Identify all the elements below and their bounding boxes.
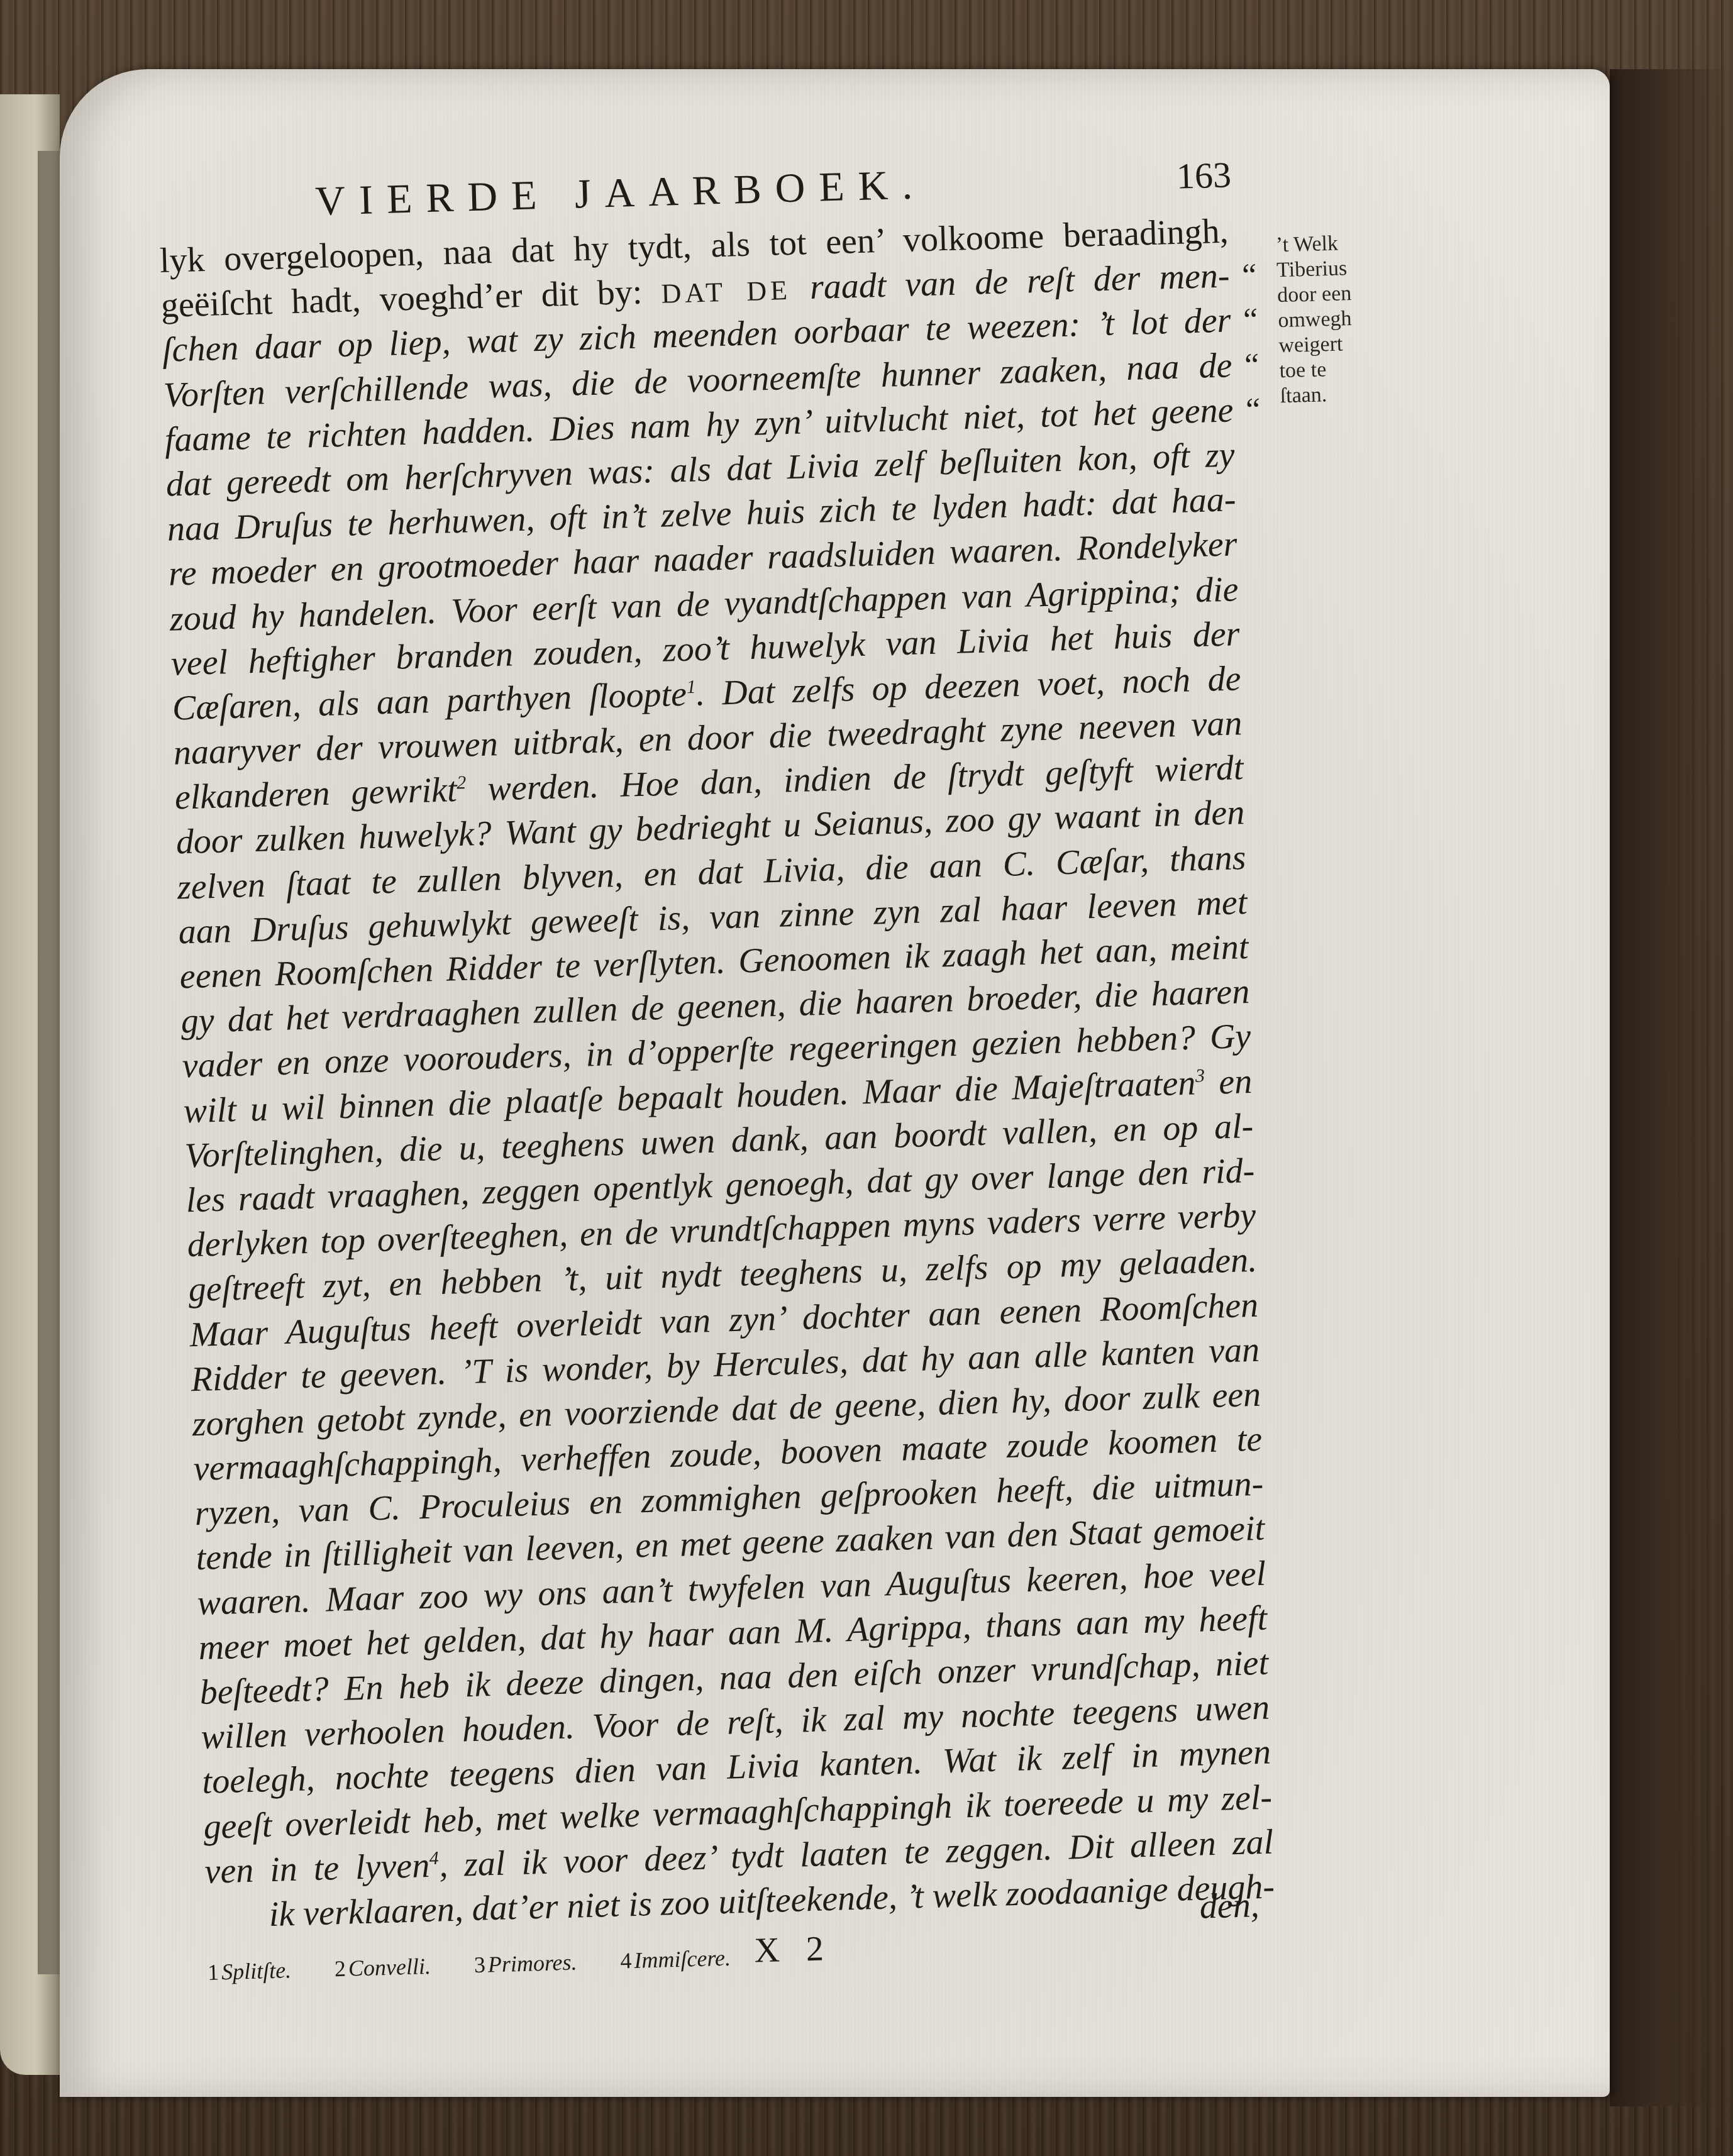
margin-note-line: ’t Welk (1275, 229, 1395, 258)
body-text: lyk overgeloopen, naa dat hy tydt, als t… (159, 208, 1313, 1939)
margin-note-line: Tiberius (1276, 255, 1397, 283)
footnote: 1Splitſte. (207, 1948, 292, 1994)
margin-note-line: ſtaan. (1280, 380, 1400, 409)
quotation-mark: “ (1243, 298, 1258, 343)
signature-mark: X 2 (753, 1927, 833, 1972)
margin-note: ’t Welk Tiberius door een omwegh weigert… (1275, 229, 1400, 409)
quotation-mark: “ (1245, 387, 1261, 433)
text-block: VIERDE JAARBOEK. 163 ’t Welk Tiberius do… (157, 139, 1314, 1994)
footnote-ref: 2 (457, 772, 467, 793)
footnote-ref: 4 (429, 1848, 439, 1869)
running-title: VIERDE JAARBOEK. (314, 161, 926, 226)
footnote-ref: 1 (686, 677, 696, 697)
margin-note-line: omwegh (1278, 305, 1398, 333)
page-number: 163 (1176, 153, 1232, 197)
small-caps: DAT DE (661, 275, 792, 309)
margin-note-line: weigert (1278, 330, 1398, 358)
footnote: 2Convelli. (334, 1944, 431, 1991)
footnote: 4Immiſcere. (620, 1936, 731, 1983)
page-shadow (1610, 69, 1733, 2106)
quotation-mark: “ (1241, 253, 1257, 298)
margin-note-line: door een (1277, 280, 1397, 308)
footnote: 3Primores. (473, 1940, 578, 1987)
footnote-ref: 3 (1195, 1065, 1205, 1086)
quotation-mark: “ (1244, 343, 1260, 388)
margin-note-line: toe te (1279, 355, 1399, 384)
catchword: den, (1199, 1883, 1260, 1929)
